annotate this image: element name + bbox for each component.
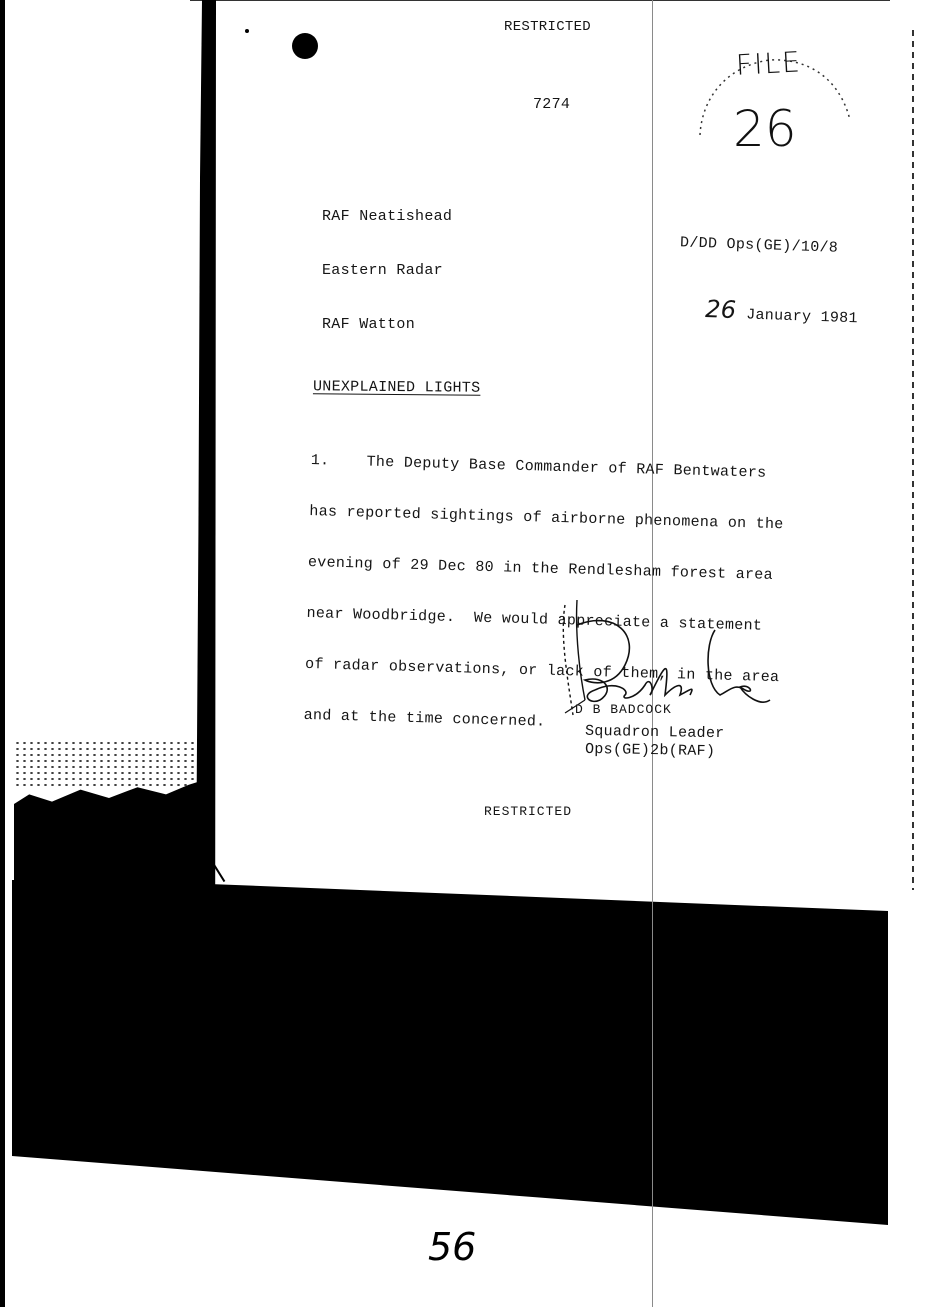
paragraph-line: 1. The Deputy Base Commander of RAF Bent… — [311, 452, 786, 482]
date-month-year: January 1981 — [746, 306, 858, 327]
handwritten-page-number: 56 — [428, 1225, 476, 1269]
file-stamp-number: 26 — [733, 100, 797, 158]
page-left-shadow — [196, 0, 216, 890]
paragraph-line: has reported sightings of airborne pheno… — [309, 503, 784, 533]
addressee-line: RAF Neatishead — [322, 208, 452, 226]
classification-marking-bottom: RESTRICTED — [484, 804, 572, 819]
addressee-line: Eastern Radar — [322, 262, 452, 280]
file-stamp-label: FILE — [735, 45, 802, 81]
scanned-document-page: RESTRICTED 7274 FILE 26 RAF Neatishead E… — [0, 0, 928, 1307]
paragraph-line: evening of 29 Dec 80 in the Rendlesham f… — [308, 554, 783, 584]
scan-border — [0, 0, 5, 1307]
scan-noise — [14, 740, 194, 790]
page-top-edge — [190, 0, 890, 1]
document-number: 7274 — [533, 96, 570, 113]
signatory-unit: Ops(GE)2b(RAF) — [585, 741, 716, 760]
scan-black-region — [12, 880, 888, 1225]
addressee-line: RAF Watton — [322, 316, 452, 334]
signatory-rank: Squadron Leader — [585, 723, 725, 742]
page-right-edge — [912, 30, 914, 890]
date-day-handwritten: 26 — [705, 295, 737, 324]
subject-heading: UNEXPLAINED LIGHTS — [313, 378, 481, 396]
file-reference: D/DD Ops(GE)/10/8 — [680, 234, 839, 257]
addressee-block: RAF Neatishead Eastern Radar RAF Watton — [322, 172, 452, 370]
classification-marking-top: RESTRICTED — [504, 19, 591, 35]
punch-hole-mark — [292, 33, 318, 59]
signatory-name: D B BADCOCK — [575, 702, 672, 717]
speck-mark — [245, 29, 249, 33]
document-date: 26January 1981 — [667, 277, 859, 346]
